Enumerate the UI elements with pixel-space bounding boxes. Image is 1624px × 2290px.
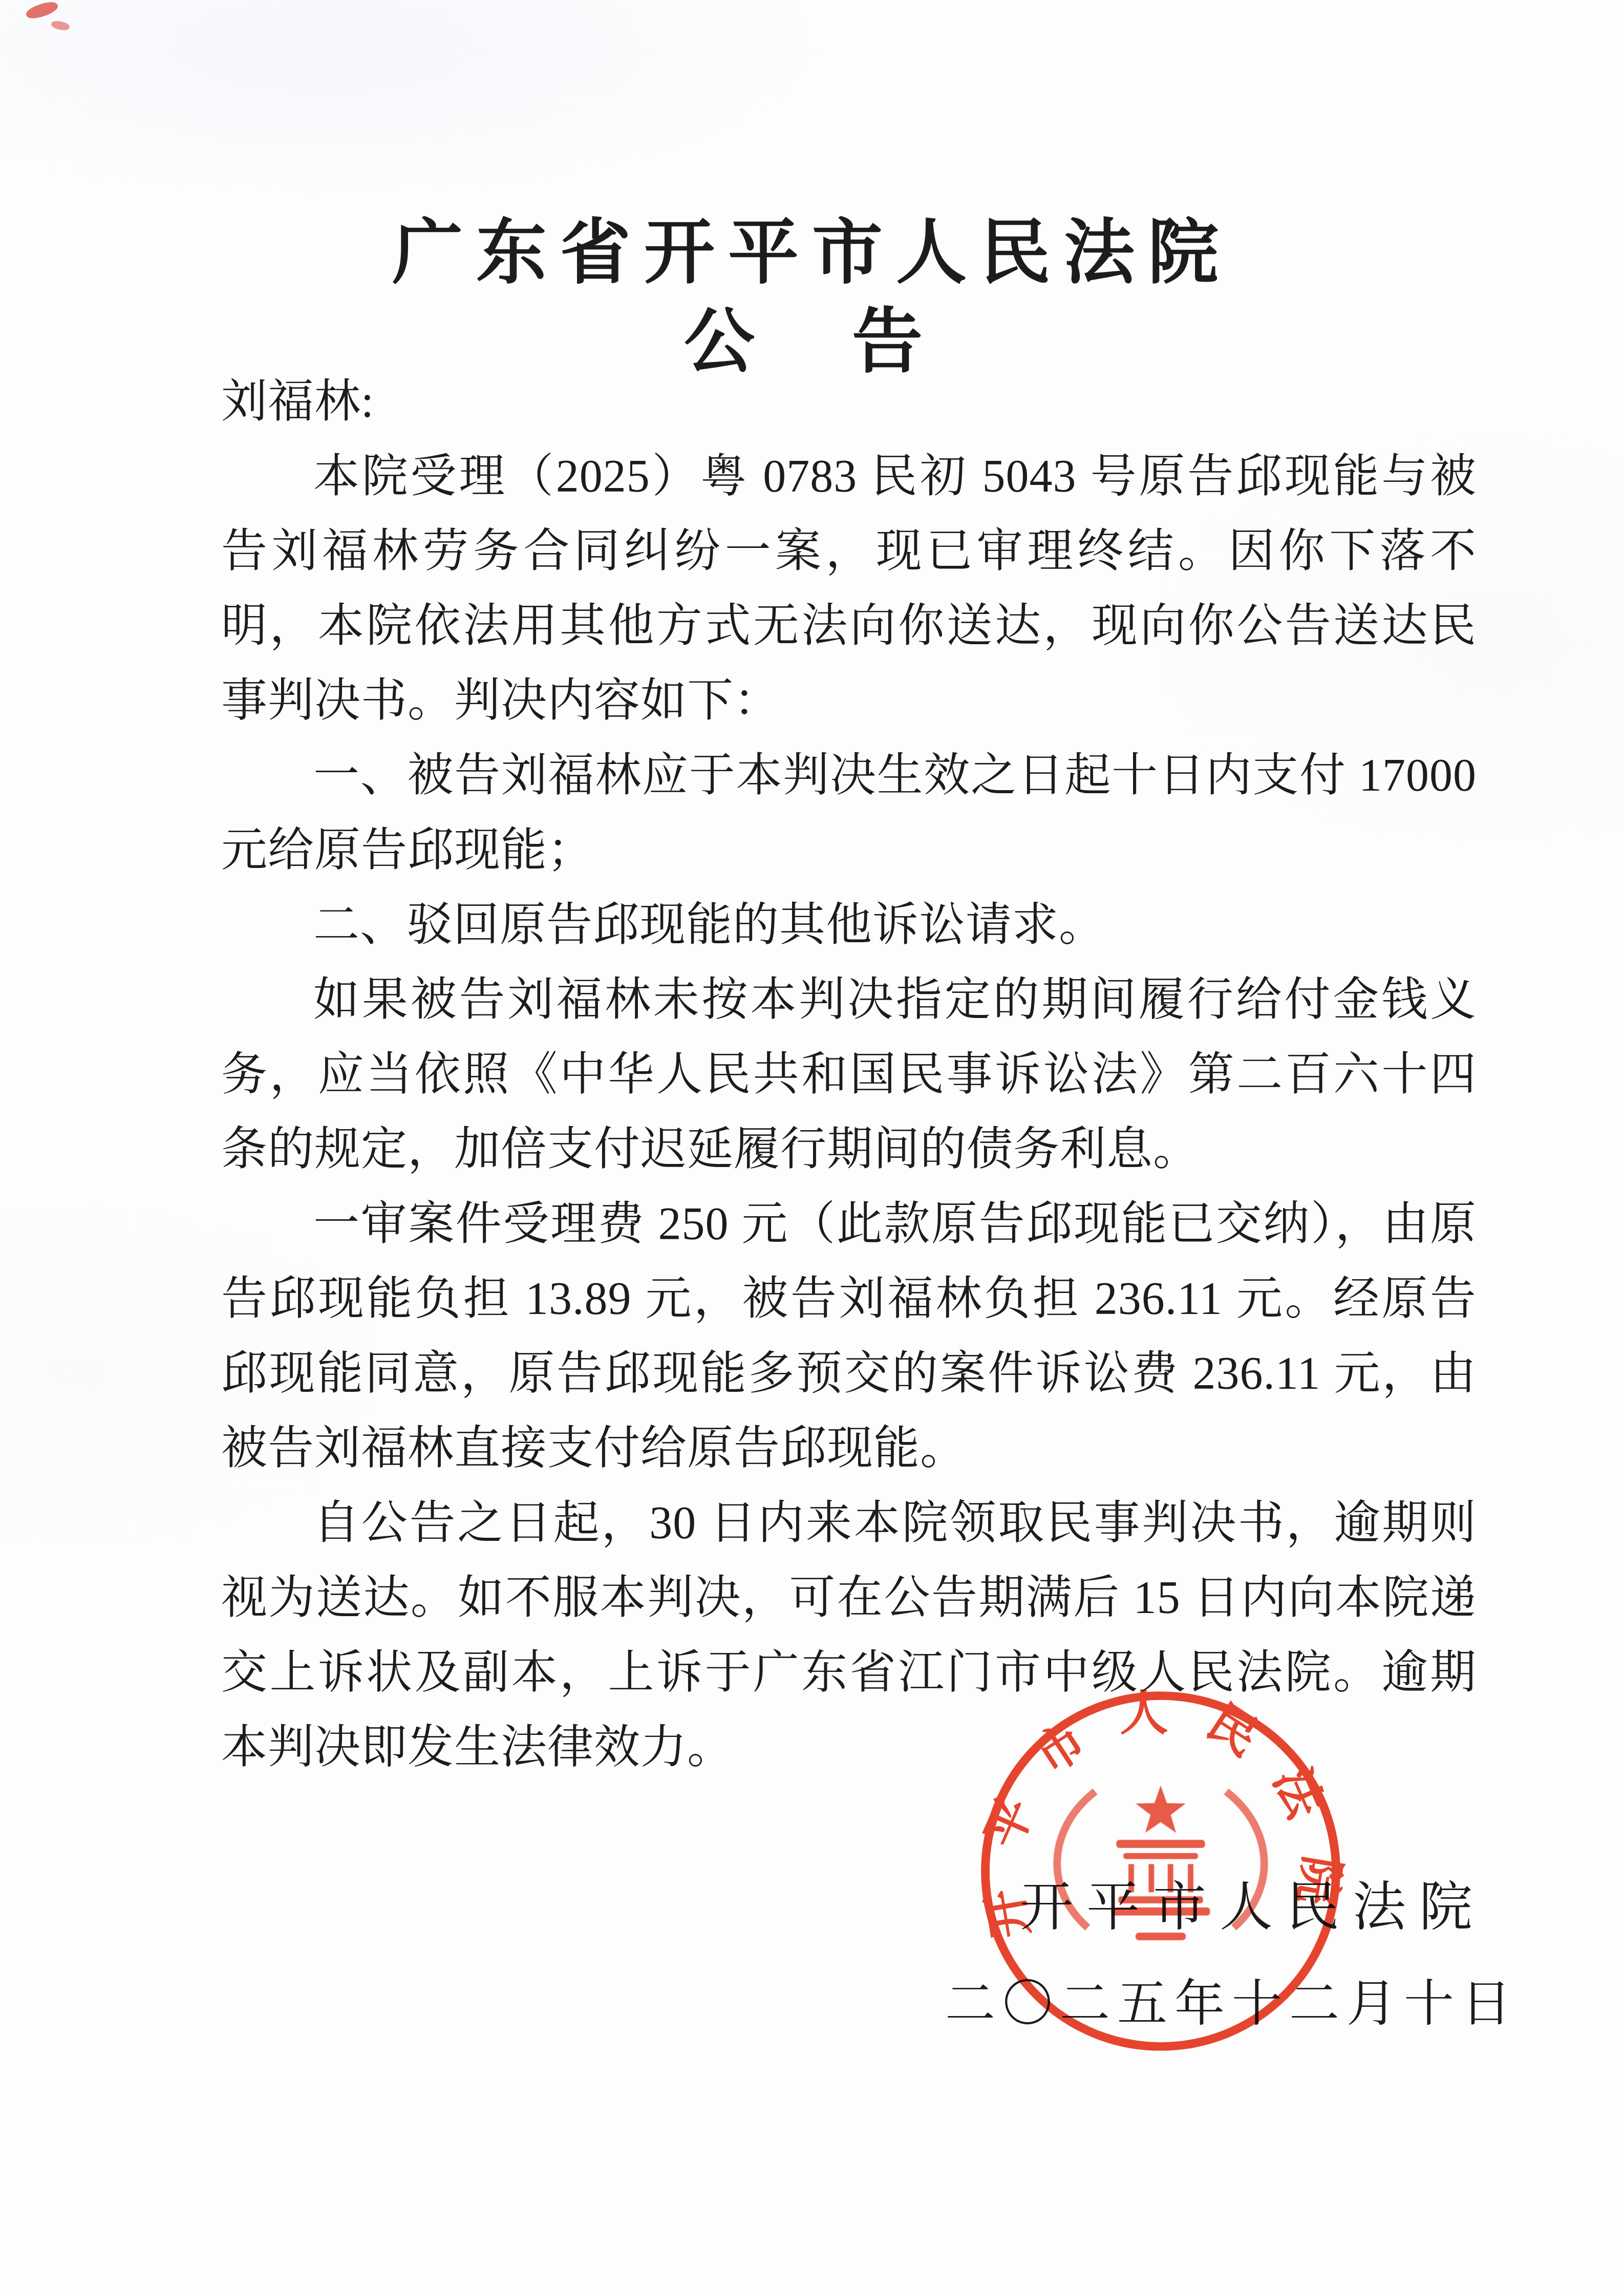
seal-star-icon <box>1136 1786 1185 1833</box>
document-page: 广东省开平市人民法院 公 告 刘福林: 本院受理（2025）粤 0783 民初 … <box>0 0 1624 2290</box>
court-title: 广东省开平市人民法院 <box>0 196 1624 297</box>
scan-artifact <box>51 19 71 31</box>
scan-artifact <box>25 0 59 21</box>
judgment-item-2: 二、驳回原告邱现能的其他诉讼请求。 <box>221 888 1477 963</box>
judgment-item-1: 一、被告刘福林应于本判决生效之日起十日内支付 17000 元给原告邱现能； <box>221 738 1477 888</box>
seal-emblem <box>1057 1786 1264 1940</box>
court-seal: 开平市人民法院 <box>969 1680 1352 2063</box>
interest-clause-paragraph: 如果被告刘福林未按本判决指定的期间履行给付金钱义务，应当依照《中华人民共和国民事… <box>221 963 1477 1187</box>
recipient-line: 刘福林: <box>221 365 1477 439</box>
notice-body: 刘福林: 本院受理（2025）粤 0783 民初 5043 号原告邱现能与被告刘… <box>221 365 1477 1785</box>
case-intro-paragraph: 本院受理（2025）粤 0783 民初 5043 号原告邱现能与被告刘福林劳务合… <box>221 439 1477 738</box>
court-fee-paragraph: 一审案件受理费 250 元（此款原告邱现能已交纳），由原告邱现能负担 13.89… <box>221 1187 1477 1486</box>
